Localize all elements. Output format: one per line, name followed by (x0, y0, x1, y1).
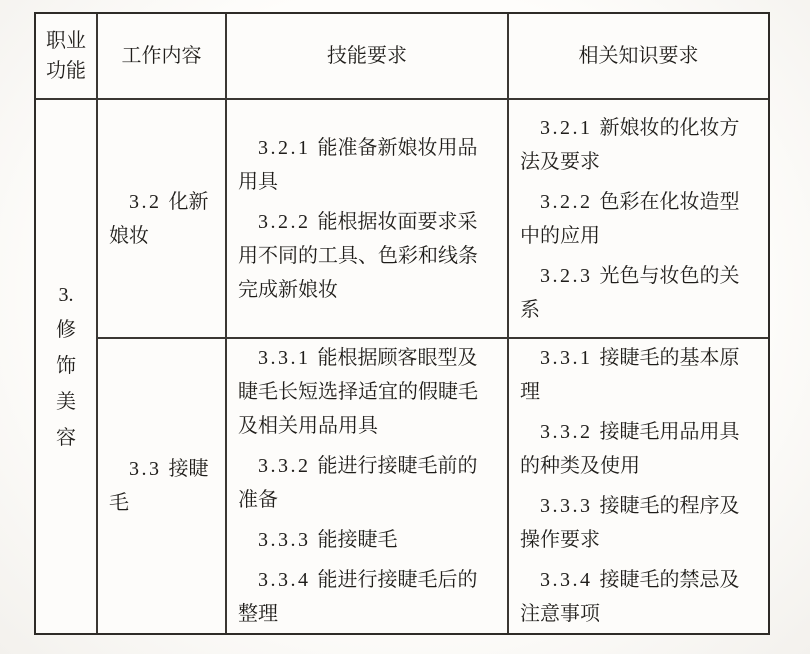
skill-item-number: 3.2.2 (258, 211, 311, 233)
header-knowledge-requirements: 相关知识要求 (509, 14, 768, 98)
knowledge-item-number: 3.2.1 (540, 117, 593, 139)
knowledge-item-number: 3.2.3 (540, 265, 593, 287)
knowledge-item-number: 3.3.1 (540, 347, 593, 369)
cell-knowledge-requirements-3-3: 3.3.1接睫毛的基本原理 3.3.2接睫毛用品用具的种类及使用 3.3.3接睫… (509, 339, 768, 633)
cell-skill-requirements-3-2: 3.2.1能准备新娘妆用品用具 3.2.2能根据妆面要求采用不同的工具、色彩和线… (227, 100, 507, 337)
cell-work-content-3-3: 3.3接睫毛 (98, 339, 225, 633)
knowledge-item-number: 3.3.3 (540, 495, 593, 517)
cell-skill-requirements-3-3: 3.3.1能根据顾客眼型及睫毛长短选择适宜的假睫毛及相关用品用具 3.3.2能进… (227, 339, 507, 633)
knowledge-item-number: 3.3.4 (540, 569, 593, 591)
cell-occupational-function-3: 3. 修饰美容 (36, 100, 96, 633)
knowledge-item: 3.2.1新娘妆的化妆方法及要求 (520, 111, 757, 179)
skill-item: 3.2.2能根据妆面要求采用不同的工具、色彩和线条完成新娘妆 (238, 205, 496, 307)
occupational-function-name: 修饰美容 (54, 312, 78, 456)
knowledge-item: 3.3.3接睫毛的程序及操作要求 (520, 489, 757, 557)
work-content-item: 3.2化新娘妆 (109, 185, 214, 253)
skill-item-number: 3.3.2 (258, 455, 311, 477)
skill-item-number: 3.2.1 (258, 137, 311, 159)
header-occupational-function: 职业功能 (36, 14, 96, 98)
knowledge-item-number: 3.3.2 (540, 421, 593, 443)
skill-item: 3.3.1能根据顾客眼型及睫毛长短选择适宜的假睫毛及相关用品用具 (238, 341, 496, 443)
skill-item: 3.3.4能进行接睫毛后的整理 (238, 563, 496, 631)
skill-item-text: 能接睫毛 (318, 529, 398, 551)
knowledge-item: 3.3.4接睫毛的禁忌及注意事项 (520, 563, 757, 631)
knowledge-item-number: 3.2.2 (540, 191, 593, 213)
header-skill-requirements-label: 技能要求 (327, 41, 407, 71)
header-knowledge-requirements-label: 相关知识要求 (579, 41, 699, 71)
skill-item-number: 3.3.4 (258, 569, 311, 591)
work-content-item: 3.3接睫毛 (109, 452, 214, 520)
knowledge-item: 3.3.2接睫毛用品用具的种类及使用 (520, 415, 757, 483)
skill-item-number: 3.3.1 (258, 347, 311, 369)
knowledge-item: 3.3.1接睫毛的基本原理 (520, 341, 757, 409)
cell-work-content-3-2: 3.2化新娘妆 (98, 100, 225, 337)
knowledge-item: 3.2.3光色与妆色的关系 (520, 259, 757, 327)
header-occupational-function-label: 职业功能 (42, 26, 90, 86)
knowledge-item: 3.2.2色彩在化妆造型中的应用 (520, 185, 757, 253)
skill-item: 3.3.3能接睫毛 (238, 523, 496, 557)
skill-item-number: 3.3.3 (258, 529, 311, 551)
header-skill-requirements: 技能要求 (227, 14, 507, 98)
skill-item: 3.2.1能准备新娘妆用品用具 (238, 131, 496, 199)
skill-item: 3.3.2能进行接睫毛前的准备 (238, 449, 496, 517)
occupational-function-number: 3. (59, 278, 74, 312)
document-page: 职业功能 工作内容 技能要求 相关知识要求 3. 修饰美容 3.2化新娘妆 3.… (0, 0, 810, 654)
work-content-number: 3.2 (129, 191, 162, 213)
work-content-number: 3.3 (129, 458, 162, 480)
header-work-content: 工作内容 (98, 14, 225, 98)
occupational-standard-table: 职业功能 工作内容 技能要求 相关知识要求 3. 修饰美容 3.2化新娘妆 3.… (34, 12, 770, 635)
header-work-content-label: 工作内容 (122, 41, 202, 71)
cell-knowledge-requirements-3-2: 3.2.1新娘妆的化妆方法及要求 3.2.2色彩在化妆造型中的应用 3.2.3光… (509, 100, 768, 337)
